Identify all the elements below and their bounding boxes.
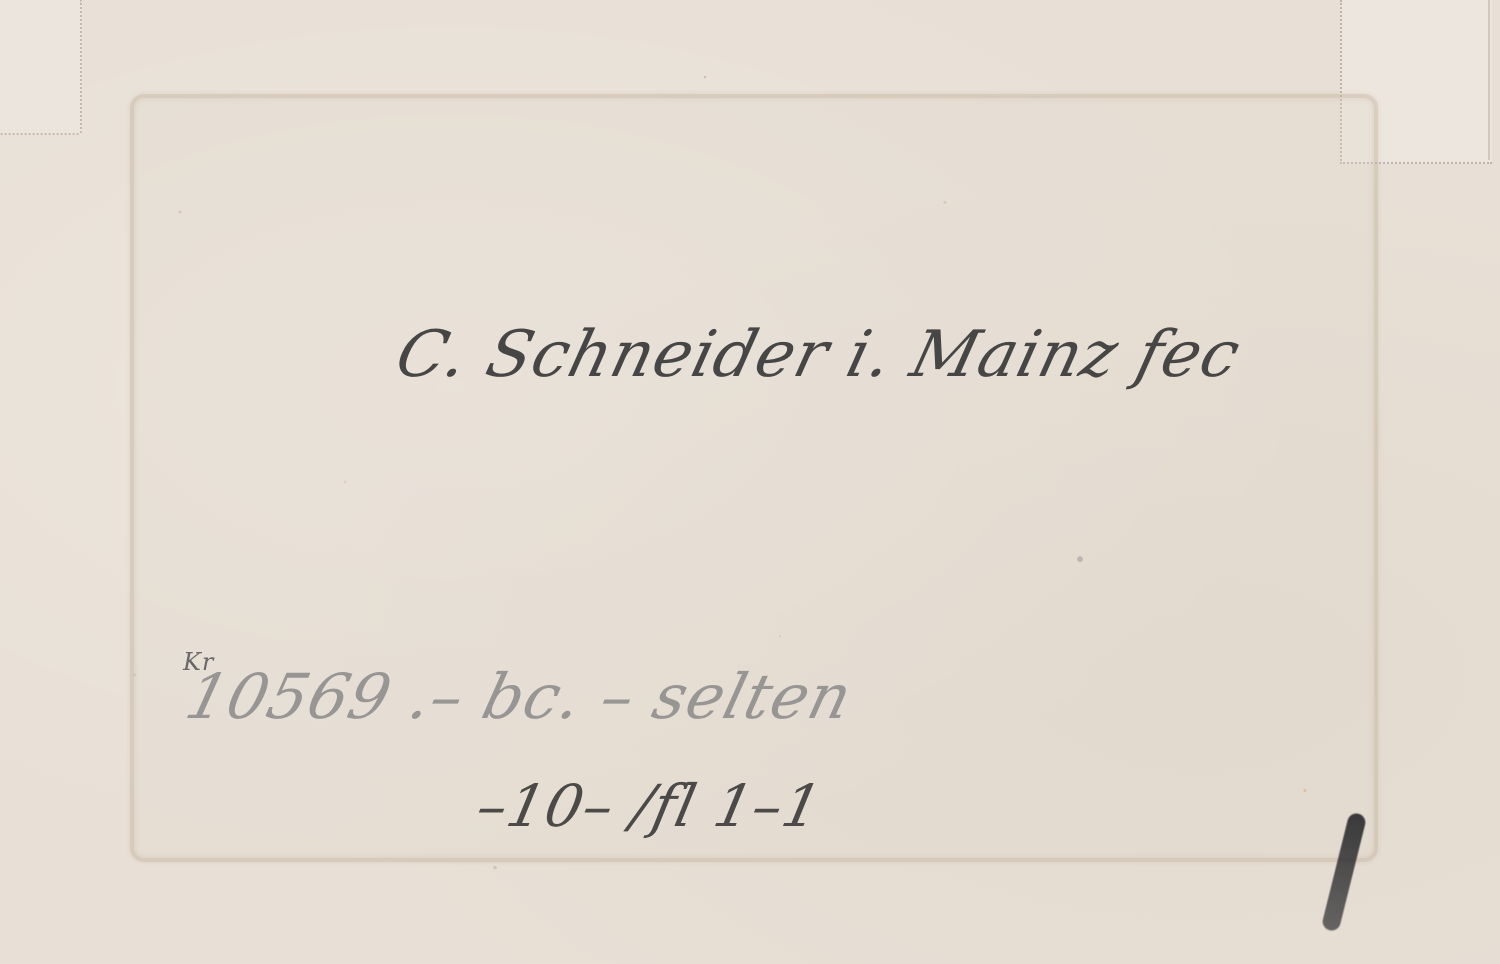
plate-mark	[130, 94, 1378, 862]
catalog-inscription: 10569 .– bc. – selten	[179, 660, 860, 733]
artist-inscription: C. Schneider i. Mainz fec	[389, 318, 1248, 392]
price-inscription: –10– /fl 1–1	[471, 772, 829, 840]
stamp-remnant-right-edge	[1488, 0, 1490, 160]
stamp-remnant-left	[0, 0, 82, 135]
document-sheet: C. Schneider i. Mainz fec Kr 10569 .– bc…	[0, 0, 1500, 964]
